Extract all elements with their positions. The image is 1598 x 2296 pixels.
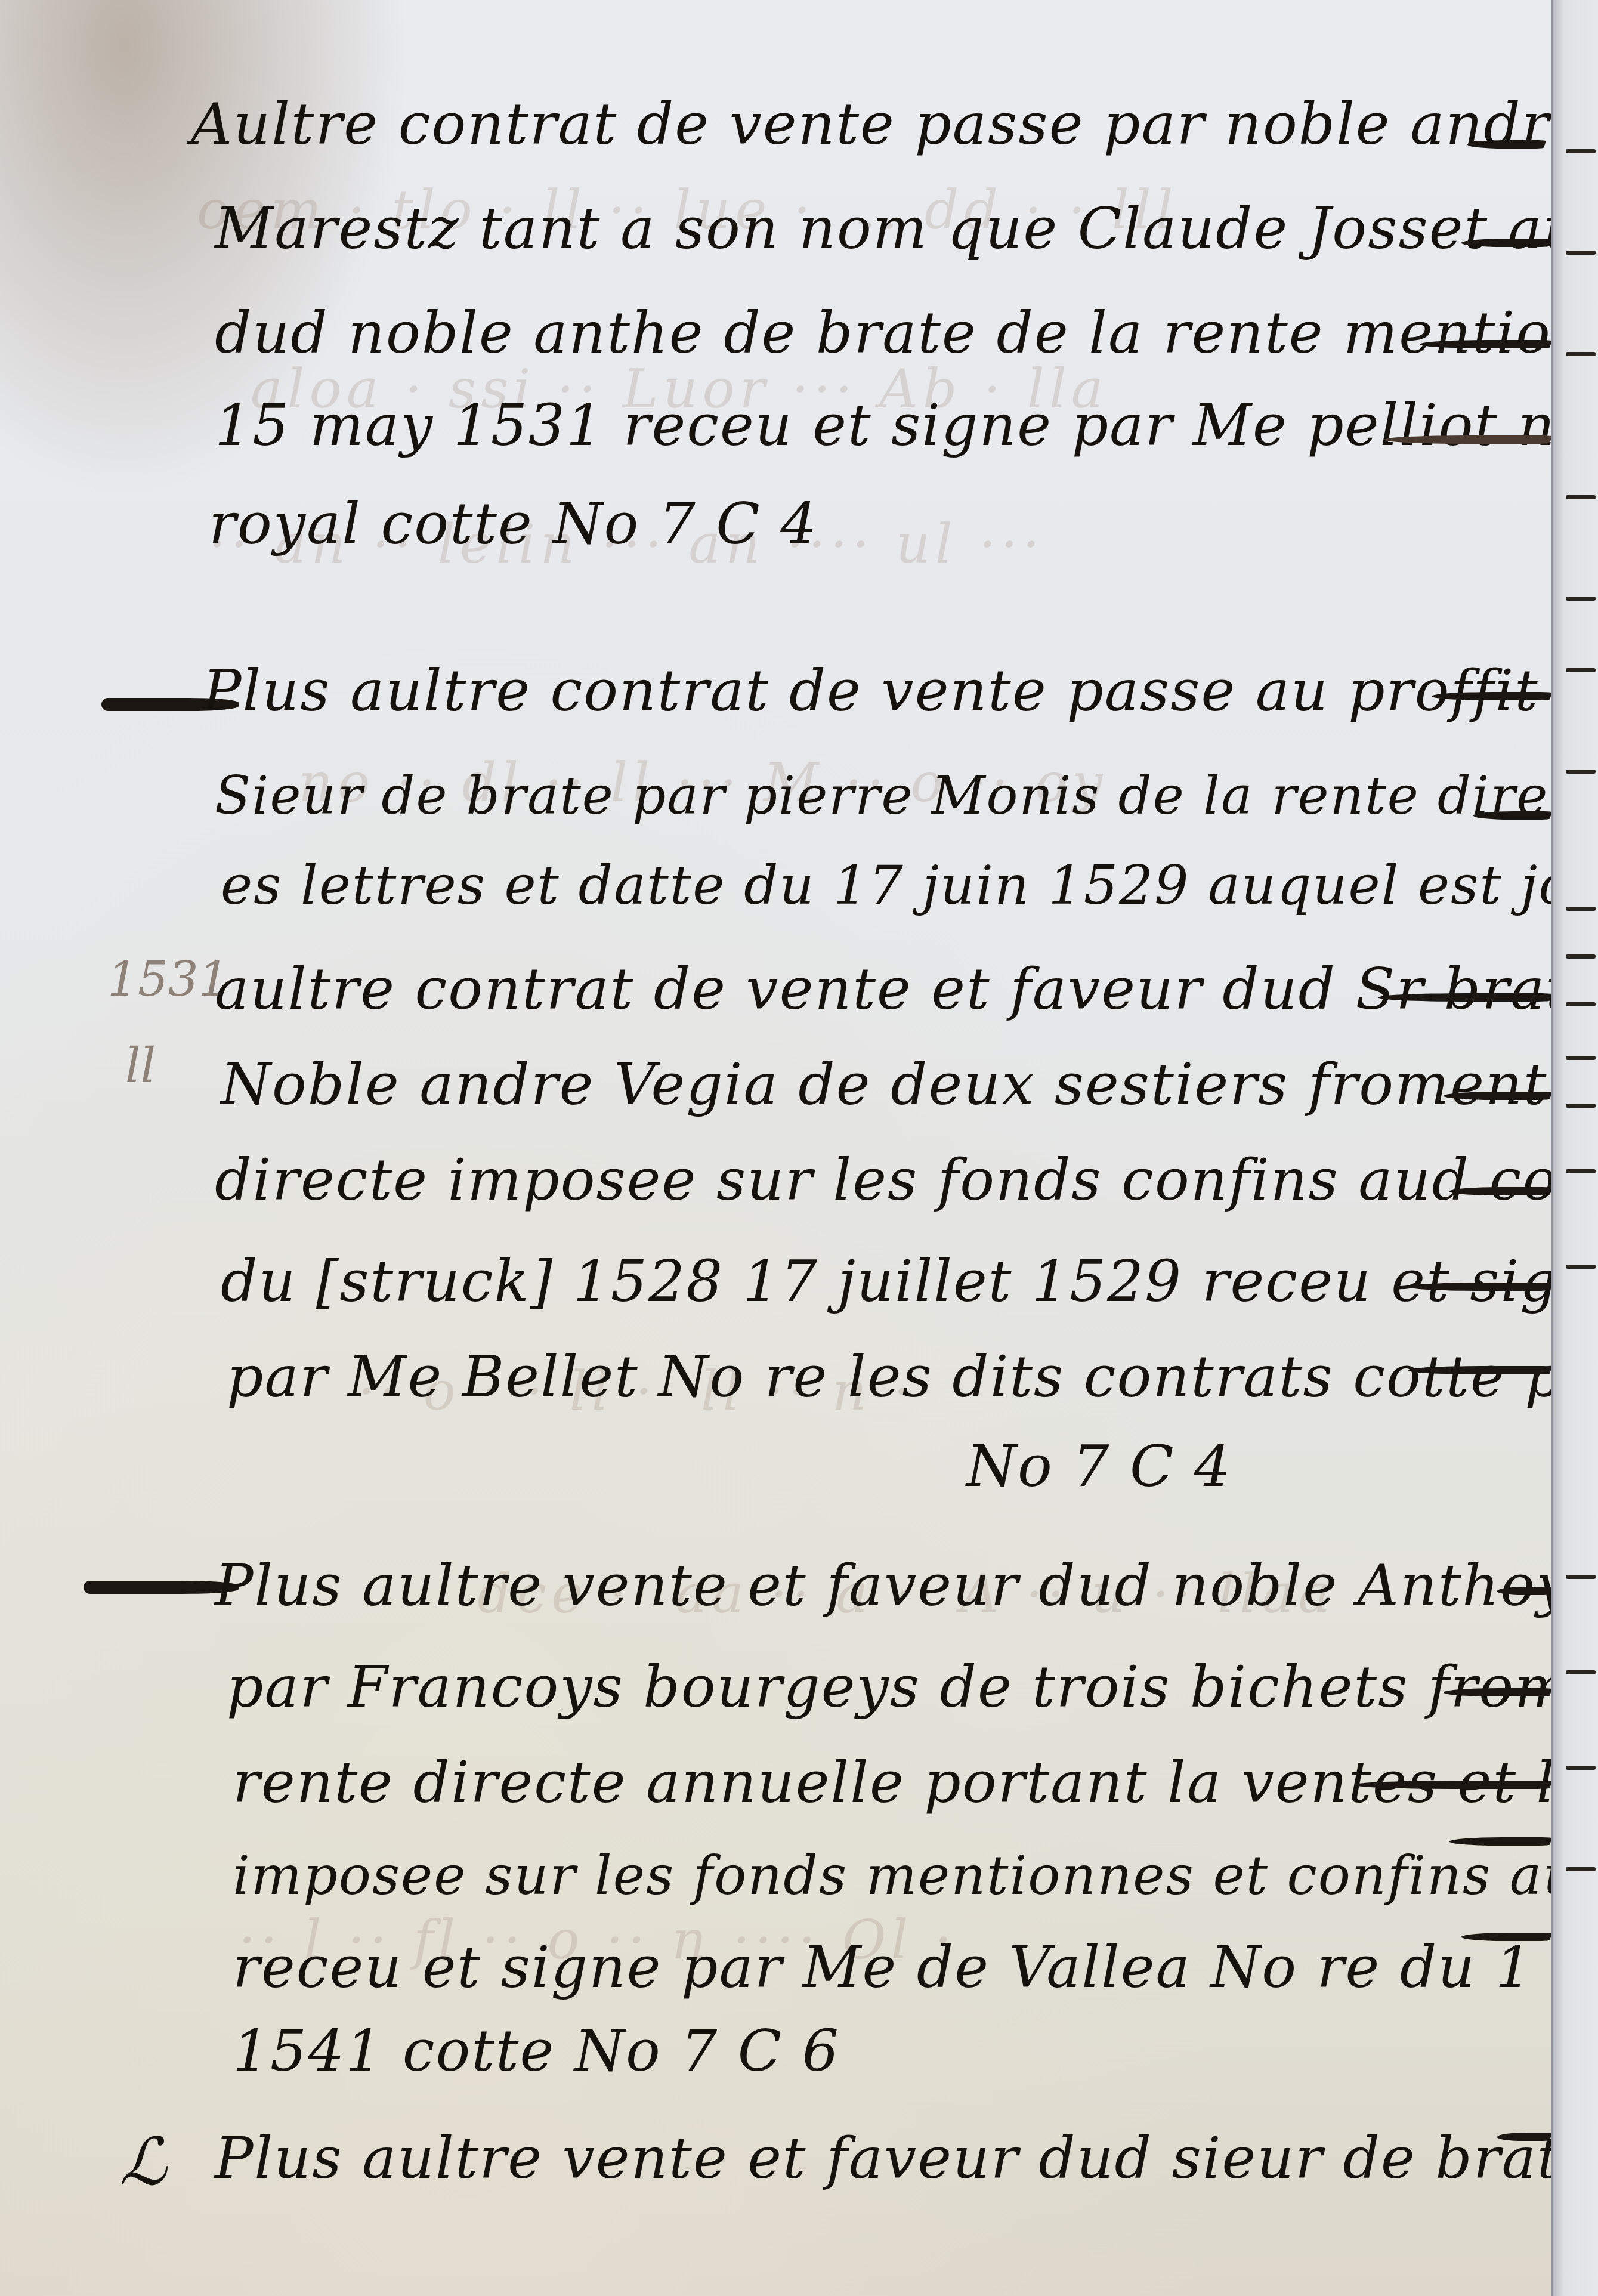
paragraph-2-line-5: Noble andre Vegia de deux sestiers frome… (221, 1056, 1598, 1113)
margin-tick (1566, 1169, 1596, 1173)
paragraph-1-line-5: royal cotte No 7 C 4 (209, 495, 818, 552)
margin-tick (1566, 770, 1596, 774)
margin-tick (1566, 954, 1596, 959)
paragraph-3-line-2: par Francoys bourgeys de trois bichets f… (227, 1658, 1598, 1716)
line-filler-stroke (1442, 1092, 1552, 1100)
margin-tick (1566, 251, 1596, 255)
paragraph-2-line-1: Plus aultre contrat de vente passe au pr… (203, 662, 1598, 719)
line-filler-stroke (1430, 692, 1552, 700)
margin-tick (1566, 352, 1596, 356)
margin-tick (1566, 495, 1596, 499)
paragraph-3-line-6: 1541 cotte No 7 C 6 (233, 2022, 840, 2079)
paragraph-flourish-initial: ℒ (119, 2124, 166, 2200)
paragraph-2-line-2: Sieur de brate par pierre Monis de la re… (215, 770, 1598, 822)
margin-tick (1566, 597, 1596, 601)
margin-tick (1566, 1575, 1596, 1579)
line-filler-stroke (1382, 435, 1552, 444)
paragraph-2-line-6: directe imposee sur les fonds confins au… (215, 1151, 1598, 1209)
paragraph-3-line-4: imposee sur les fonds mentionnes et conf… (233, 1849, 1598, 1903)
line-filler-stroke (1466, 140, 1546, 149)
margin-tick (1566, 1766, 1596, 1770)
paragraph-3-line-1: Plus aultre vente et faveur dud noble An… (215, 1557, 1598, 1614)
paragraph-4-line-1: Plus aultre vente et faveur dud sieur de… (215, 2130, 1598, 2187)
margin-tick (1566, 1104, 1596, 1108)
line-filler-stroke (1495, 2133, 1552, 2141)
margin-note: 1531 (107, 951, 229, 1007)
margin-tick (1566, 149, 1596, 153)
margin-tick (1566, 1056, 1596, 1060)
page-edge (1551, 0, 1598, 2296)
paragraph-2-line-4: aultre contrat de vente et faveur dud Sr… (215, 960, 1598, 1018)
margin-note: ll (125, 1038, 156, 1093)
paragraph-1-line-3: dud noble anthe de brate de la rente men… (215, 304, 1598, 361)
margin-tick (1566, 1002, 1596, 1006)
line-filler-stroke (1495, 1587, 1552, 1595)
paragraph-3-line-5: receu et signe par Me de Vallea No re du… (233, 1939, 1598, 1996)
paragraph-2-line-8: par Me Bellet No re les dits contrats co… (227, 1348, 1598, 1405)
margin-tick (1566, 1867, 1596, 1871)
paragraph-1-line-2: Marestz tant a son nom que Claude Josset… (215, 200, 1598, 257)
line-filler-stroke (1352, 1781, 1552, 1789)
line-filler-stroke (1472, 811, 1552, 820)
line-filler-stroke (1376, 993, 1552, 1002)
paragraph-1-line-4: 15 may 1531 receu et signe par Me pellio… (215, 397, 1598, 454)
paragraph-1-line-1: Aultre contrat de vente passe par noble … (191, 95, 1598, 153)
line-filler-stroke (1442, 1688, 1552, 1696)
margin-tick (1566, 1670, 1596, 1674)
paragraph-2-cote: No 7 C 4 (966, 1438, 1232, 1495)
line-filler-stroke (1448, 1187, 1552, 1195)
line-filler-stroke (1460, 1933, 1552, 1941)
line-filler-stroke (1448, 1837, 1552, 1846)
line-filler-stroke (1406, 1283, 1552, 1291)
paragraph-2-line-7: du [struck] 1528 17 juillet 1529 receu e… (221, 1253, 1598, 1310)
manuscript-page: oem · tlo · ll ·· lue · ... dd · · lll a… (0, 0, 1551, 2296)
line-filler-stroke (1418, 340, 1552, 348)
line-filler-stroke (1460, 239, 1552, 247)
line-filler-stroke (1406, 1366, 1552, 1374)
margin-tick (1566, 1265, 1596, 1269)
paragraph-2-line-3: es lettres et datte du 17 juin 1529 auqu… (221, 859, 1598, 913)
margin-tick (1566, 668, 1596, 672)
margin-tick (1566, 907, 1596, 911)
